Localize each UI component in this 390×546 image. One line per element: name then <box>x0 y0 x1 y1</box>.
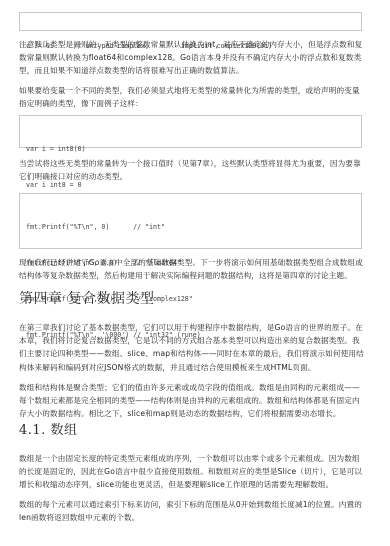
code-line: fmt.Printf("%T\n", 0) // "int" <box>26 221 355 233</box>
paragraph-explicit-conversion: 如果要给变量一个不同的类型，我们必须显式地将无类型的常量转化为所需的类型，或给声… <box>19 84 364 110</box>
paragraph-default-types: 注意默认类型是规则的：无类型的整数常量默认转换为int，对应不确定的内存大小，但… <box>19 38 364 78</box>
paragraph-aggregate-types: 数组和结构体是聚合类型；它们的值由许多元素或成员字段的值组成。数组是由同构的元素… <box>19 381 364 421</box>
code-block-complex: c := 0i // untyped complex; implicit com… <box>19 12 362 31</box>
chapter-heading: 第四章 复合数据类型 <box>19 288 154 308</box>
code-block-int8: var i = int8(0) var i int8 = 0 <box>19 115 362 148</box>
code-block-printf: fmt.Printf("%T\n", 0) // "int" fmt.Print… <box>19 193 362 249</box>
paragraph-interface-values: 当尝试将这些无类型的常量转为一个接口值时（见第7章），这些默认类型将显得尤为重要… <box>19 157 364 183</box>
paragraph-summary: 现在我们已经讲述了Go语言中全部的基础数据类型。下一步将演示如何用基础数据类型组… <box>19 256 364 282</box>
paragraph-array-index: 数组的每个元素可以通过索引下标来访问，索引下标的范围是从0开始到数组长度减1的位… <box>19 498 364 524</box>
paragraph-array-intro: 数组是一个由固定长度的特定类型元素组成的序列，一个数组可以由零个或多个元素组成。… <box>19 452 364 492</box>
paragraph-chapter-intro: 在第三章我们讨论了基本数据类型，它们可以用于构建程序中数据结构，是Go语言的世界… <box>19 321 364 374</box>
section-heading: 4.1. 数组 <box>19 419 77 438</box>
code-line: var i = int8(0) <box>26 143 355 155</box>
document-page: c := 0i // untyped complex; implicit com… <box>0 0 390 546</box>
